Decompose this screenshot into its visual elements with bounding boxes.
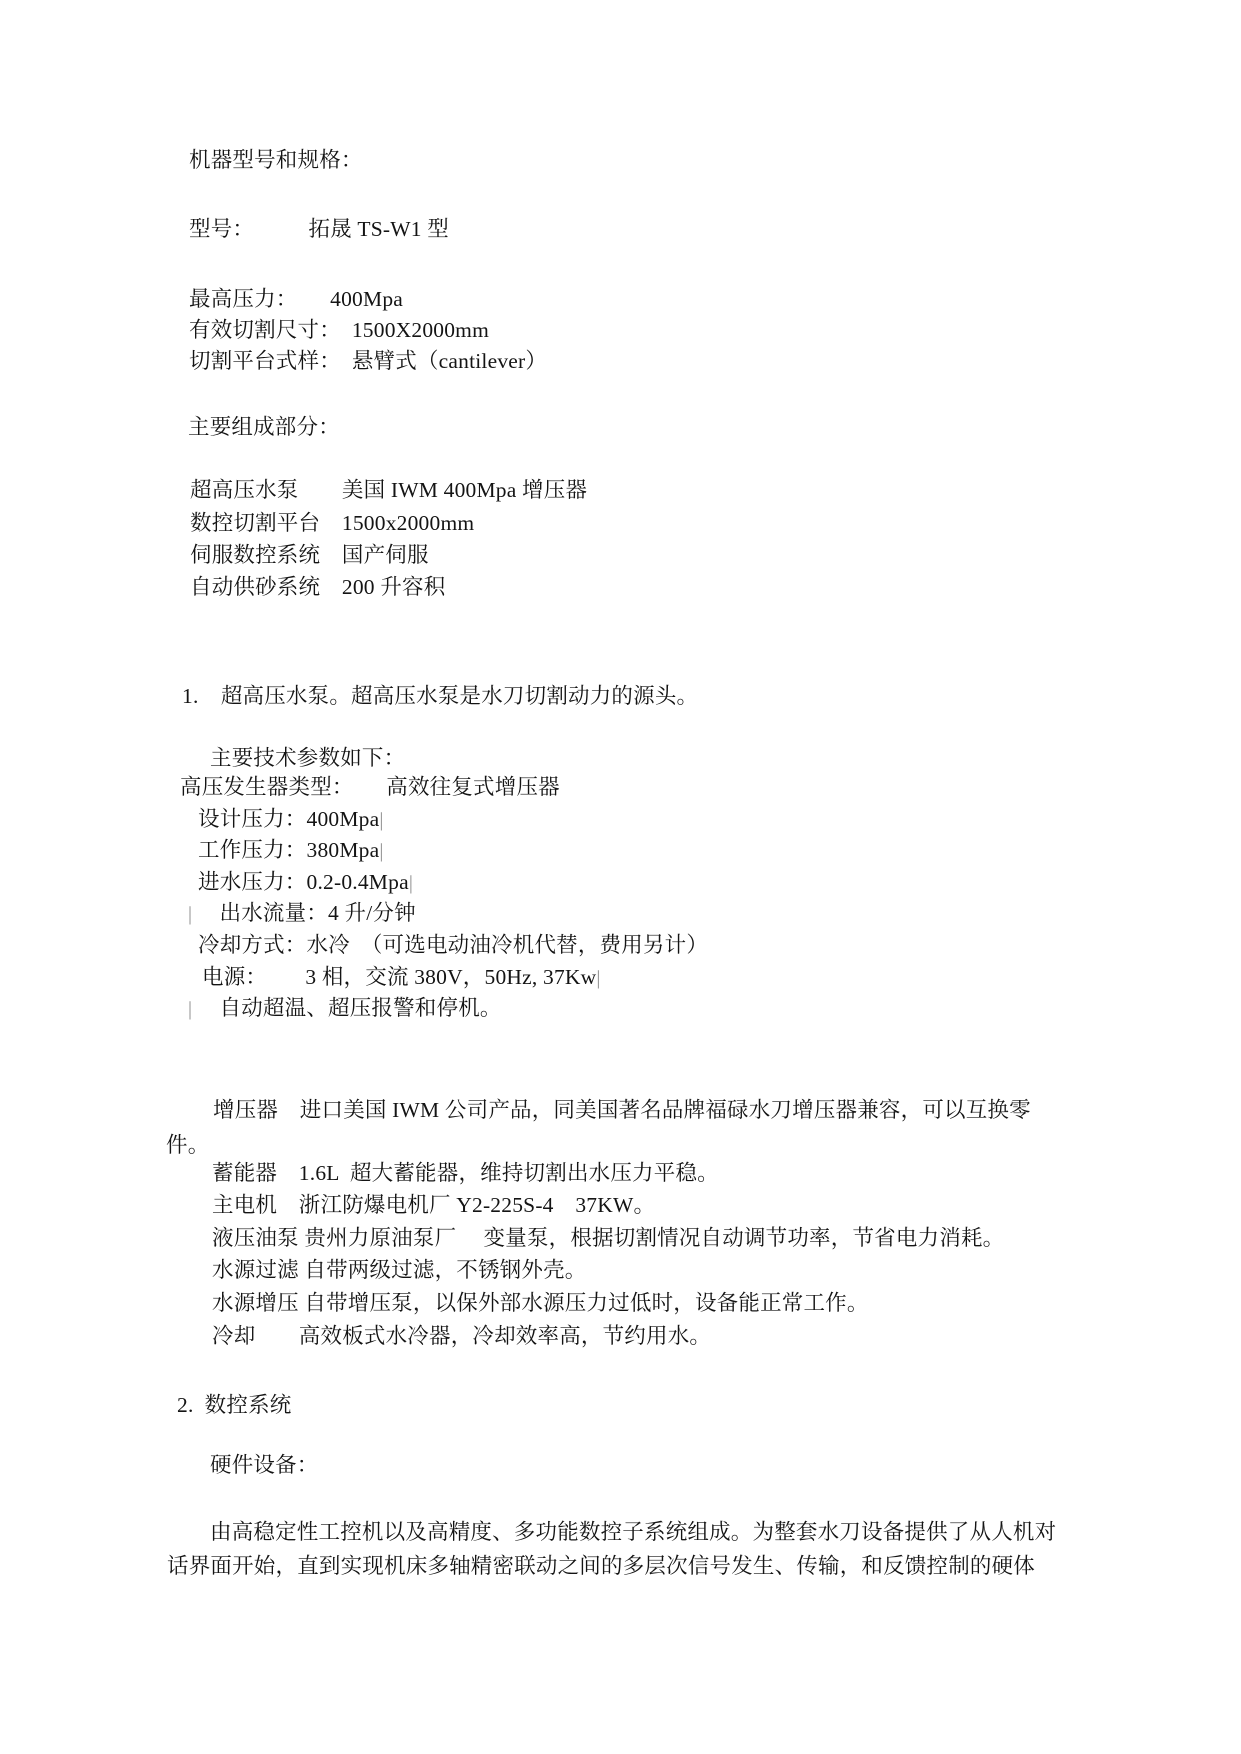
text-line: 超高压水泵 美国 IWM 400Mpa 增压器 — [190, 480, 587, 502]
line-text: 机器型号和规格： — [189, 148, 363, 172]
line-text: 切割平台式样： 悬臂式（cantilever） — [189, 349, 547, 373]
text-line: 机器型号和规格： — [189, 150, 363, 172]
line-text: 由高稳定性工控机以及高精度、多功能数控子系统组成。为整套水刀设备提供了从人机对 — [210, 1520, 1056, 1544]
text-line: 2. 数控系统 — [177, 1395, 291, 1417]
line-text: 型号： 拓晟 TS-W1 型 — [189, 217, 449, 241]
text-line: 电源： 3 相，交流 380V，50Hz, 37Kw| — [202, 967, 601, 989]
line-text: 水源增压 自带增压泵，以保外部水源压力过低时，设备能正常工作。 — [212, 1291, 869, 1315]
text-line: 主电机 浙江防爆电机厂 Y2-225S-4 37KW。 — [212, 1195, 655, 1217]
artifact-bar: | — [379, 840, 383, 862]
text-line: 由高稳定性工控机以及高精度、多功能数控子系统组成。为整套水刀设备提供了从人机对 — [210, 1522, 1056, 1544]
artifact-bar: | — [379, 809, 383, 831]
text-line: 液压油泵 贵州力原油泵厂 变量泵，根据切割情况自动调节功率，节省电力消耗。 — [212, 1228, 1004, 1250]
line-text: 设计压力：400Mpa — [198, 807, 379, 831]
line-text: 蓄能器 1.6L 超大蓄能器，维持切割出水压力平稳。 — [212, 1161, 719, 1185]
text-line: 设计压力：400Mpa| — [198, 809, 384, 831]
text-line: 切割平台式样： 悬臂式（cantilever） — [189, 351, 547, 373]
line-text: 硬件设备： — [210, 1453, 319, 1477]
text-line: 话界面开始，直到实现机床多轴精密联动之间的多层次信号发生、传输，和反馈控制的硬体 — [167, 1556, 1035, 1578]
text-line: | 自动超温、超压报警和停机。 — [188, 998, 502, 1020]
text-line: 增压器 进口美国 IWM 公司产品，同美国著名品牌福碌水刀增压器兼容，可以互换零 — [213, 1100, 1031, 1122]
text-line: 数控切割平台 1500x2000mm — [190, 513, 474, 535]
text-line: 硬件设备： — [210, 1455, 319, 1477]
text-line: 冷却方式：水冷 （可选电动油冷机代替，费用另计） — [198, 935, 708, 957]
line-text: 高压发生器类型： 高效往复式增压器 — [180, 775, 560, 799]
line-text: 主要技术参数如下： — [210, 746, 405, 770]
text-line: 最高压力： 400Mpa — [189, 289, 403, 311]
line-text: 出水流量：4 升/分钟 — [192, 901, 416, 925]
line-text: 主要组成部分： — [188, 415, 340, 439]
text-line: 1. 超高压水泵。超高压水泵是水刀切割动力的源头。 — [182, 686, 698, 708]
text-line: 件。 — [166, 1135, 209, 1157]
text-line: 主要技术参数如下： — [210, 748, 405, 770]
line-text: 水源过滤 自带两级过滤，不锈钢外壳。 — [212, 1258, 586, 1282]
line-text: 自动超温、超压报警和停机。 — [192, 996, 501, 1020]
text-line: 蓄能器 1.6L 超大蓄能器，维持切割出水压力平稳。 — [212, 1163, 719, 1185]
line-text: 电源： 3 相，交流 380V，50Hz, 37Kw — [202, 965, 596, 989]
text-line: 型号： 拓晟 TS-W1 型 — [189, 219, 449, 241]
text-line: 水源过滤 自带两级过滤，不锈钢外壳。 — [212, 1260, 586, 1282]
line-text: 伺服数控系统 国产伺服 — [190, 543, 429, 567]
text-line: 有效切割尺寸： 1500X2000mm — [189, 320, 489, 342]
text-line: 高压发生器类型： 高效往复式增压器 — [180, 777, 560, 799]
line-text: 有效切割尺寸： 1500X2000mm — [189, 318, 489, 342]
line-text: 件。 — [166, 1133, 209, 1157]
line-text: 自动供砂系统 200 升容积 — [190, 575, 445, 599]
text-line: 工作压力：380Mpa| — [198, 840, 384, 862]
line-text: 2. 数控系统 — [177, 1393, 291, 1417]
line-text: 超高压水泵 美国 IWM 400Mpa 增压器 — [190, 478, 587, 502]
line-text: 冷却方式：水冷 （可选电动油冷机代替，费用另计） — [198, 933, 708, 957]
line-text: 工作压力：380Mpa — [198, 838, 379, 862]
line-text: 数控切割平台 1500x2000mm — [190, 511, 474, 535]
artifact-bar: | — [409, 872, 413, 894]
line-text: 话界面开始，直到实现机床多轴精密联动之间的多层次信号发生、传输，和反馈控制的硬体 — [167, 1554, 1035, 1578]
text-line: 主要组成部分： — [188, 417, 340, 439]
text-line: 伺服数控系统 国产伺服 — [190, 545, 429, 567]
line-text: 进水压力：0.2-0.4Mpa — [198, 870, 409, 894]
artifact-bar: | — [596, 967, 600, 989]
text-line: 水源增压 自带增压泵，以保外部水源压力过低时，设备能正常工作。 — [212, 1293, 869, 1315]
text-line: 自动供砂系统 200 升容积 — [190, 577, 445, 599]
line-text: 冷却 高效板式水冷器，冷却效率高，节约用水。 — [212, 1324, 711, 1348]
line-text: 最高压力： 400Mpa — [189, 287, 403, 311]
text-line: 冷却 高效板式水冷器，冷却效率高，节约用水。 — [212, 1326, 711, 1348]
document-page: 机器型号和规格： 型号： 拓晟 TS-W1 型 最高压力： 400Mpa 有效切… — [0, 0, 1241, 1754]
text-line: 进水压力：0.2-0.4Mpa| — [198, 872, 413, 894]
line-text: 增压器 进口美国 IWM 公司产品，同美国著名品牌福碌水刀增压器兼容，可以互换零 — [213, 1098, 1031, 1122]
line-text: 1. 超高压水泵。超高压水泵是水刀切割动力的源头。 — [182, 684, 698, 708]
text-line: | 出水流量：4 升/分钟 — [188, 903, 416, 925]
line-text: 液压油泵 贵州力原油泵厂 变量泵，根据切割情况自动调节功率，节省电力消耗。 — [212, 1226, 1004, 1250]
line-text: 主电机 浙江防爆电机厂 Y2-225S-4 37KW。 — [212, 1193, 655, 1217]
